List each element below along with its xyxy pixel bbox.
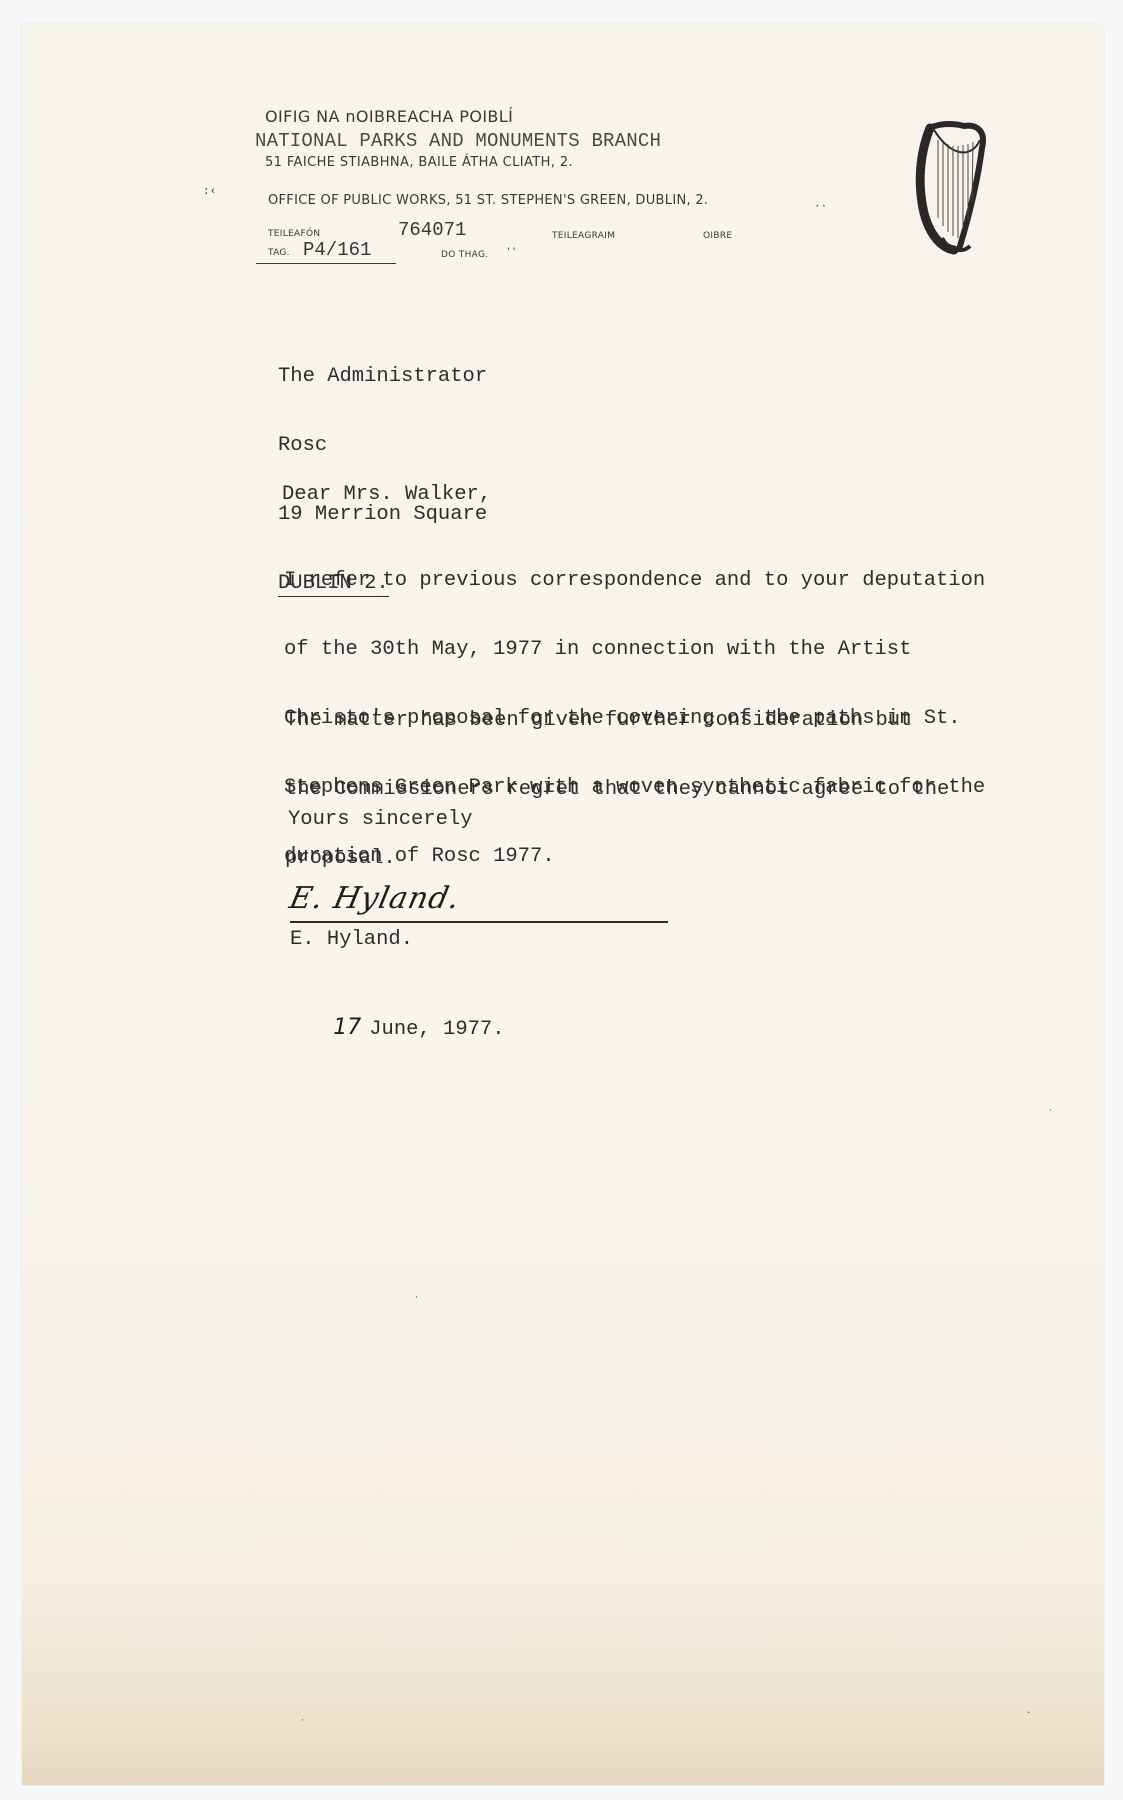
telephone-number: 764071 [398, 219, 466, 241]
telephone-label: TEILEAFÓN [268, 229, 320, 239]
date-text: June, 1977. [369, 1018, 504, 1041]
paragraph-line: the Commissioners regret that they canno… [285, 778, 949, 801]
recipient-line: Rosc [278, 434, 487, 457]
signatory-name: E. Hyland. [290, 928, 413, 951]
paragraph-line: of the 30th May, 1977 in connection with… [284, 638, 985, 661]
handwritten-signature: E. Hyland. [286, 881, 463, 916]
letter-date: 17June, 1977. [284, 993, 505, 1064]
paragraph-line: The matter has been given further consid… [285, 709, 949, 732]
ink-speck: · [1026, 1708, 1031, 1718]
ink-speck: · [1048, 1106, 1053, 1115]
ink-speck: · [300, 1716, 305, 1725]
harp-icon [912, 118, 992, 258]
signature-line [290, 921, 668, 923]
branch-name: NATIONAL PARKS AND MONUMENTS BRANCH [255, 130, 661, 152]
ink-speck: :‹ [203, 186, 216, 198]
salutation: Dear Mrs. Walker, [282, 483, 491, 506]
reference-number: P4/161 [303, 239, 371, 261]
office-address: OFFICE OF PUBLIC WORKS, 51 ST. STEPHEN'S… [268, 193, 708, 208]
paragraph-line: proposal. [285, 847, 949, 870]
address-irish: 51 FAICHE STIABHNA, BAILE ÁTHA CLIATH, 2… [265, 155, 573, 170]
your-reference-label: DO THAG. [441, 250, 488, 260]
department-name-irish: OIFIG NA nOIBREACHA POIBLÍ [265, 107, 513, 126]
telegram-label: TEILEAGRAIM [552, 231, 615, 241]
ink-speck: · [414, 1293, 419, 1302]
reference-underline [256, 263, 396, 264]
handwritten-date-day: 17 [333, 1015, 361, 1040]
recipient-line: The Administrator [278, 365, 487, 388]
body-paragraph-2: The matter has been given further consid… [285, 663, 949, 916]
reference-label: TAG. [268, 248, 290, 258]
works-label: OIBRE [703, 231, 732, 241]
ink-speck: '' [506, 247, 517, 257]
ink-speck: ·· [814, 201, 827, 213]
letter-page: OIFIG NA nOIBREACHA POIBLÍ NATIONAL PARK… [22, 23, 1104, 1785]
closing: Yours sincerely [288, 808, 473, 831]
paragraph-line: I refer to previous correspondence and t… [284, 569, 985, 592]
